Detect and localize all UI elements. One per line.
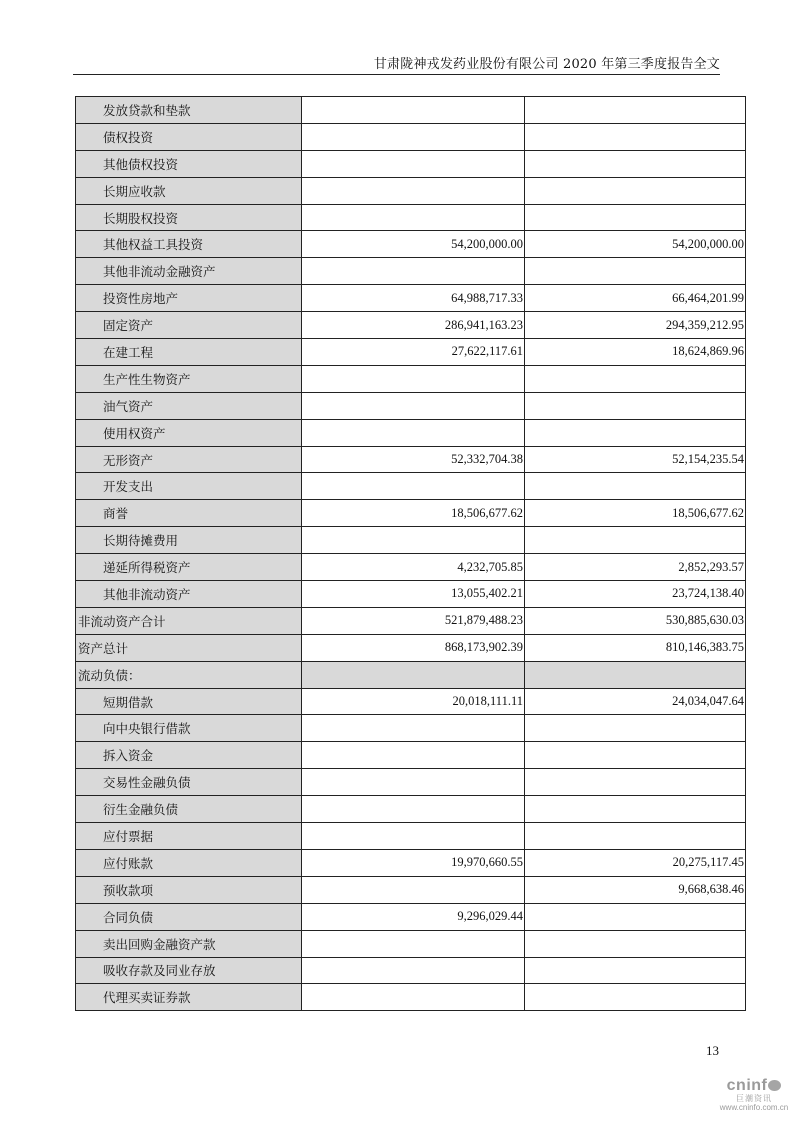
prior-period-value: 294,359,212.95 xyxy=(525,312,746,339)
table-row: 递延所得税资产4,232,705.852,852,293.57 xyxy=(76,554,746,581)
table-row: 使用权资产 xyxy=(76,419,746,446)
table-section-row: 流动负债： xyxy=(76,661,746,688)
prior-period-value: 2,852,293.57 xyxy=(525,554,746,581)
row-label: 递延所得税资产 xyxy=(76,554,302,581)
table-row: 油气资产 xyxy=(76,392,746,419)
row-label: 其他非流动金融资产 xyxy=(76,258,302,285)
row-label: 长期股权投资 xyxy=(76,204,302,231)
current-period-value xyxy=(302,365,525,392)
prior-period-value: 810,146,383.75 xyxy=(525,634,746,661)
current-period-value xyxy=(302,473,525,500)
row-label: 发放贷款和垫款 xyxy=(76,97,302,124)
row-label: 资产总计 xyxy=(76,634,302,661)
current-period-value: 13,055,402.21 xyxy=(302,581,525,608)
row-label: 向中央银行借款 xyxy=(76,715,302,742)
row-label: 卖出回购金融资产款 xyxy=(76,930,302,957)
row-label: 投资性房地产 xyxy=(76,285,302,312)
page-number: 13 xyxy=(706,1043,719,1059)
prior-period-value xyxy=(525,930,746,957)
current-period-value xyxy=(302,715,525,742)
table-row: 其他权益工具投资54,200,000.0054,200,000.00 xyxy=(76,231,746,258)
table-row: 短期借款20,018,111.1124,034,047.64 xyxy=(76,688,746,715)
row-label: 衍生金融负债 xyxy=(76,796,302,823)
prior-period-value xyxy=(525,97,746,124)
current-period-value: 9,296,029.44 xyxy=(302,903,525,930)
balance-sheet-table: 发放贷款和垫款债权投资其他债权投资长期应收款长期股权投资其他权益工具投资54,2… xyxy=(75,96,746,1011)
current-period-value xyxy=(302,527,525,554)
prior-period-value xyxy=(525,984,746,1011)
current-period-value: 18,506,677.62 xyxy=(302,500,525,527)
prior-period-value: 18,624,869.96 xyxy=(525,339,746,366)
current-period-value xyxy=(302,823,525,850)
prior-period-value xyxy=(525,258,746,285)
logo-url: www.cninfo.com.cn xyxy=(718,1103,790,1113)
table-row: 其他非流动金融资产 xyxy=(76,258,746,285)
table-row: 固定资产286,941,163.23294,359,212.95 xyxy=(76,312,746,339)
row-label: 非流动资产合计 xyxy=(76,607,302,634)
table-row: 衍生金融负债 xyxy=(76,796,746,823)
table-row: 商誉18,506,677.6218,506,677.62 xyxy=(76,500,746,527)
prior-period-value xyxy=(525,150,746,177)
prior-period-value xyxy=(525,715,746,742)
table-row: 长期应收款 xyxy=(76,177,746,204)
report-title: 甘肃陇神戎发药业股份有限公司 2020 年第三季度报告全文 xyxy=(374,53,720,72)
table-row: 应付票据 xyxy=(76,823,746,850)
header-divider xyxy=(73,74,720,75)
row-label: 无形资产 xyxy=(76,446,302,473)
row-label: 代理买卖证券款 xyxy=(76,984,302,1011)
current-period-value xyxy=(302,204,525,231)
current-period-value: 54,200,000.00 xyxy=(302,231,525,258)
prior-period-value: 52,154,235.54 xyxy=(525,446,746,473)
row-label: 生产性生物资产 xyxy=(76,365,302,392)
table-row: 其他债权投资 xyxy=(76,150,746,177)
cninfo-logo: cninf 巨潮资讯 www.cninfo.com.cn xyxy=(718,1078,790,1113)
row-label: 应付票据 xyxy=(76,823,302,850)
prior-period-value xyxy=(525,796,746,823)
row-label: 其他权益工具投资 xyxy=(76,231,302,258)
current-period-value: 521,879,488.23 xyxy=(302,607,525,634)
row-label: 固定资产 xyxy=(76,312,302,339)
current-period-value xyxy=(302,97,525,124)
logo-brand-text: cninf xyxy=(727,1077,768,1094)
prior-period-value xyxy=(525,903,746,930)
prior-period-value: 24,034,047.64 xyxy=(525,688,746,715)
prior-period-value: 54,200,000.00 xyxy=(525,231,746,258)
prior-period-value xyxy=(525,419,746,446)
table-row: 无形资产52,332,704.3852,154,235.54 xyxy=(76,446,746,473)
row-label: 在建工程 xyxy=(76,339,302,366)
table-row: 拆入资金 xyxy=(76,742,746,769)
logo-chinese-text: 巨潮资讯 xyxy=(718,1094,790,1103)
prior-period-value: 66,464,201.99 xyxy=(525,285,746,312)
prior-period-value: 18,506,677.62 xyxy=(525,500,746,527)
current-period-value xyxy=(302,769,525,796)
current-period-value xyxy=(302,150,525,177)
current-period-value xyxy=(302,957,525,984)
prior-period-value xyxy=(525,823,746,850)
prior-period-value xyxy=(525,123,746,150)
current-period-value xyxy=(302,123,525,150)
row-label: 预收款项 xyxy=(76,876,302,903)
row-label: 油气资产 xyxy=(76,392,302,419)
prior-period-value: 9,668,638.46 xyxy=(525,876,746,903)
prior-period-value xyxy=(525,392,746,419)
table-row: 生产性生物资产 xyxy=(76,365,746,392)
row-label: 商誉 xyxy=(76,500,302,527)
current-period-value: 868,173,902.39 xyxy=(302,634,525,661)
row-label: 其他债权投资 xyxy=(76,150,302,177)
prior-period-value xyxy=(525,527,746,554)
row-label: 合同负债 xyxy=(76,903,302,930)
current-period-value: 52,332,704.38 xyxy=(302,446,525,473)
row-label: 吸收存款及同业存放 xyxy=(76,957,302,984)
current-period-value xyxy=(302,392,525,419)
table-row: 长期待摊费用 xyxy=(76,527,746,554)
row-label: 使用权资产 xyxy=(76,419,302,446)
table-row: 开发支出 xyxy=(76,473,746,500)
current-period-value xyxy=(302,661,525,688)
table-row: 长期股权投资 xyxy=(76,204,746,231)
prior-period-value xyxy=(525,365,746,392)
table-row: 债权投资 xyxy=(76,123,746,150)
cninfo-swirl-icon xyxy=(768,1080,781,1091)
row-label: 流动负债： xyxy=(76,661,302,688)
current-period-value: 286,941,163.23 xyxy=(302,312,525,339)
row-label: 交易性金融负债 xyxy=(76,769,302,796)
row-label: 短期借款 xyxy=(76,688,302,715)
table-row: 预收款项9,668,638.46 xyxy=(76,876,746,903)
row-label: 开发支出 xyxy=(76,473,302,500)
table-row: 非流动资产合计521,879,488.23530,885,630.03 xyxy=(76,607,746,634)
row-label: 应付账款 xyxy=(76,849,302,876)
prior-period-value xyxy=(525,661,746,688)
current-period-value xyxy=(302,419,525,446)
current-period-value xyxy=(302,984,525,1011)
current-period-value: 4,232,705.85 xyxy=(302,554,525,581)
prior-period-value: 20,275,117.45 xyxy=(525,849,746,876)
row-label: 长期待摊费用 xyxy=(76,527,302,554)
row-label: 长期应收款 xyxy=(76,177,302,204)
row-label: 债权投资 xyxy=(76,123,302,150)
table-row: 代理买卖证券款 xyxy=(76,984,746,1011)
row-label: 拆入资金 xyxy=(76,742,302,769)
prior-period-value xyxy=(525,177,746,204)
table-row: 合同负债9,296,029.44 xyxy=(76,903,746,930)
prior-period-value xyxy=(525,742,746,769)
current-period-value: 27,622,117.61 xyxy=(302,339,525,366)
current-period-value xyxy=(302,796,525,823)
current-period-value xyxy=(302,930,525,957)
prior-period-value: 23,724,138.40 xyxy=(525,581,746,608)
prior-period-value xyxy=(525,473,746,500)
row-label: 其他非流动资产 xyxy=(76,581,302,608)
current-period-value: 20,018,111.11 xyxy=(302,688,525,715)
table-row: 发放贷款和垫款 xyxy=(76,97,746,124)
table-row: 交易性金融负债 xyxy=(76,769,746,796)
table-row: 投资性房地产64,988,717.3366,464,201.99 xyxy=(76,285,746,312)
current-period-value: 19,970,660.55 xyxy=(302,849,525,876)
table-row: 吸收存款及同业存放 xyxy=(76,957,746,984)
table-row: 资产总计868,173,902.39810,146,383.75 xyxy=(76,634,746,661)
table-row: 在建工程27,622,117.6118,624,869.96 xyxy=(76,339,746,366)
current-period-value xyxy=(302,876,525,903)
current-period-value xyxy=(302,742,525,769)
table-row: 卖出回购金融资产款 xyxy=(76,930,746,957)
current-period-value: 64,988,717.33 xyxy=(302,285,525,312)
prior-period-value xyxy=(525,204,746,231)
table-row: 向中央银行借款 xyxy=(76,715,746,742)
prior-period-value: 530,885,630.03 xyxy=(525,607,746,634)
current-period-value xyxy=(302,177,525,204)
prior-period-value xyxy=(525,957,746,984)
table-row: 应付账款19,970,660.5520,275,117.45 xyxy=(76,849,746,876)
prior-period-value xyxy=(525,769,746,796)
table-row: 其他非流动资产13,055,402.2123,724,138.40 xyxy=(76,581,746,608)
current-period-value xyxy=(302,258,525,285)
